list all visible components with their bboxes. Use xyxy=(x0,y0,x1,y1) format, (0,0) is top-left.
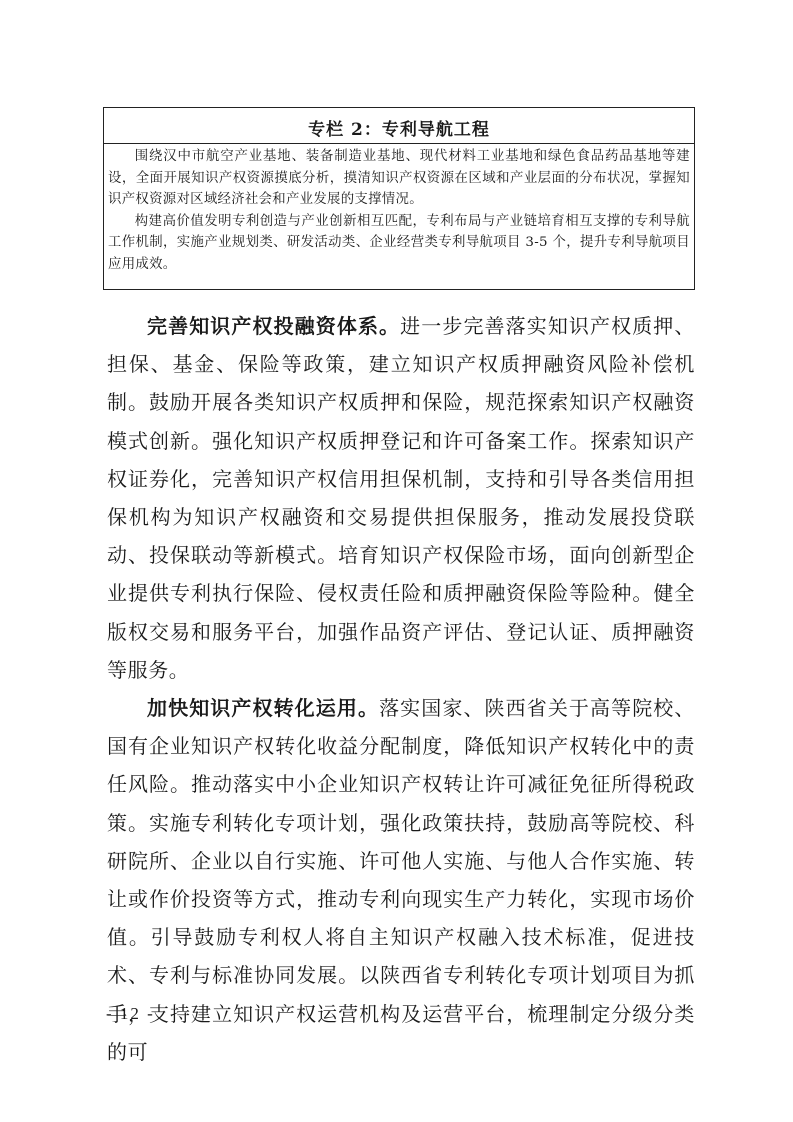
body-paragraph-ip-transformation: 加快知识产权转化运用。落实国家、陕西省关于高等院校、国有企业知识产权转化收益分配… xyxy=(107,689,695,1071)
sidebar-box-paragraph: 围绕汉中市航空产业基地、装备制造业基地、现代材料工业基地和绿色食品药品基地等建设… xyxy=(108,146,690,211)
paragraph-lead-heading: 加快知识产权转化运用。 xyxy=(147,696,379,720)
sidebar-box-body: 围绕汉中市航空产业基地、装备制造业基地、现代材料工业基地和绿色食品药品基地等建设… xyxy=(104,144,694,275)
sidebar-box-paragraph: 构建高价值发明专利创造与产业创新相互匹配，专利布局与产业链培育相互支撑的专利导航… xyxy=(108,211,690,276)
sidebar-box-title: 专栏 2：专利导航工程 xyxy=(104,108,694,144)
paragraph-lead-heading: 完善知识产权投融资体系。 xyxy=(147,314,400,338)
page-number: - 12 - xyxy=(106,1004,155,1024)
main-body: 完善知识产权投融资体系。进一步完善落实知识产权质押、担保、基金、保险等政策，建立… xyxy=(107,307,695,1071)
body-paragraph-ip-financing: 完善知识产权投融资体系。进一步完善落实知识产权质押、担保、基金、保险等政策，建立… xyxy=(107,307,695,689)
paragraph-text: 落实国家、陕西省关于高等院校、国有企业知识产权转化收益分配制度，降低知识产权转化… xyxy=(107,696,695,1064)
paragraph-text: 进一步完善落实知识产权质押、担保、基金、保险等政策，建立知识产权质押融资风险补偿… xyxy=(107,314,695,682)
sidebar-box-patent-navigation: 专栏 2：专利导航工程 围绕汉中市航空产业基地、装备制造业基地、现代材料工业基地… xyxy=(103,107,695,290)
